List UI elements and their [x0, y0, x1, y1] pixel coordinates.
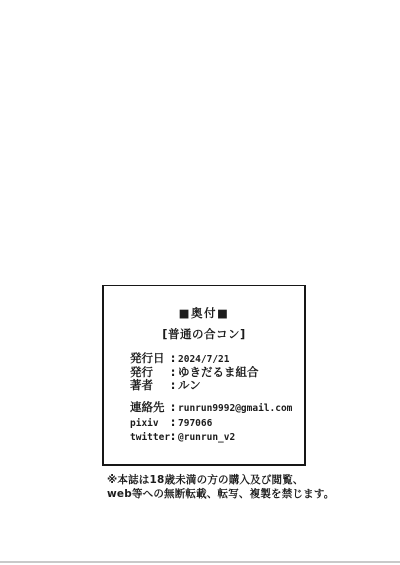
publication-row-date: 発行日 : 2024/7/21	[130, 352, 304, 366]
email-address: runrun9992@gmail.com	[178, 403, 292, 415]
row-label: 発行	[130, 366, 168, 378]
twitter-handle: @runrun_v2	[178, 432, 235, 444]
publication-info: 発行日 : 2024/7/21 発行 : ゆきだるま組合 著者 : ルン	[130, 352, 304, 391]
contact-row-email: 連絡先 : runrun9992@gmail.com	[130, 401, 304, 415]
row-value: ゆきだるま組合	[178, 366, 259, 378]
colophon-box: ■奥付■ [普通の合コン] 発行日 : 2024/7/21 発行 : ゆきだるま…	[102, 285, 306, 466]
contact-row-pixiv: pixiv : 797066	[130, 416, 304, 430]
contact-row-twitter: twitter : @runrun_v2	[130, 430, 304, 444]
row-label: pixiv	[130, 418, 168, 430]
row-separator: :	[168, 430, 178, 442]
contact-info: 連絡先 : runrun9992@gmail.com pixiv : 79706…	[130, 401, 304, 444]
page-bottom-edge	[0, 561, 400, 563]
row-label: 発行日	[130, 352, 168, 364]
row-label: twitter	[130, 432, 168, 444]
row-separator: :	[168, 401, 178, 413]
row-separator: :	[168, 366, 178, 378]
colophon-page: ■奥付■ [普通の合コン] 発行日 : 2024/7/21 発行 : ゆきだるま…	[0, 0, 400, 565]
row-label: 著者	[130, 379, 168, 391]
row-separator: :	[168, 352, 178, 364]
row-value: ルン	[178, 379, 201, 391]
age-restriction-notice: ※本誌は18歳未満の方の購入及び閲覧、 web等への無断転載、転写、複製を禁じま…	[107, 474, 334, 501]
colophon-section-title: ■奥付■	[104, 306, 304, 320]
row-separator: :	[168, 416, 178, 428]
work-title: [普通の合コン]	[104, 327, 304, 341]
notice-line-2: web等への無断転載、転写、複製を禁じます。	[107, 488, 334, 502]
row-separator: :	[168, 379, 178, 391]
row-label: 連絡先	[130, 401, 168, 413]
publication-row-author: 著者 : ルン	[130, 379, 304, 391]
pixiv-id: 797066	[178, 418, 212, 430]
publication-row-publisher: 発行 : ゆきだるま組合	[130, 366, 304, 378]
notice-line-1: ※本誌は18歳未満の方の購入及び閲覧、	[107, 474, 334, 488]
